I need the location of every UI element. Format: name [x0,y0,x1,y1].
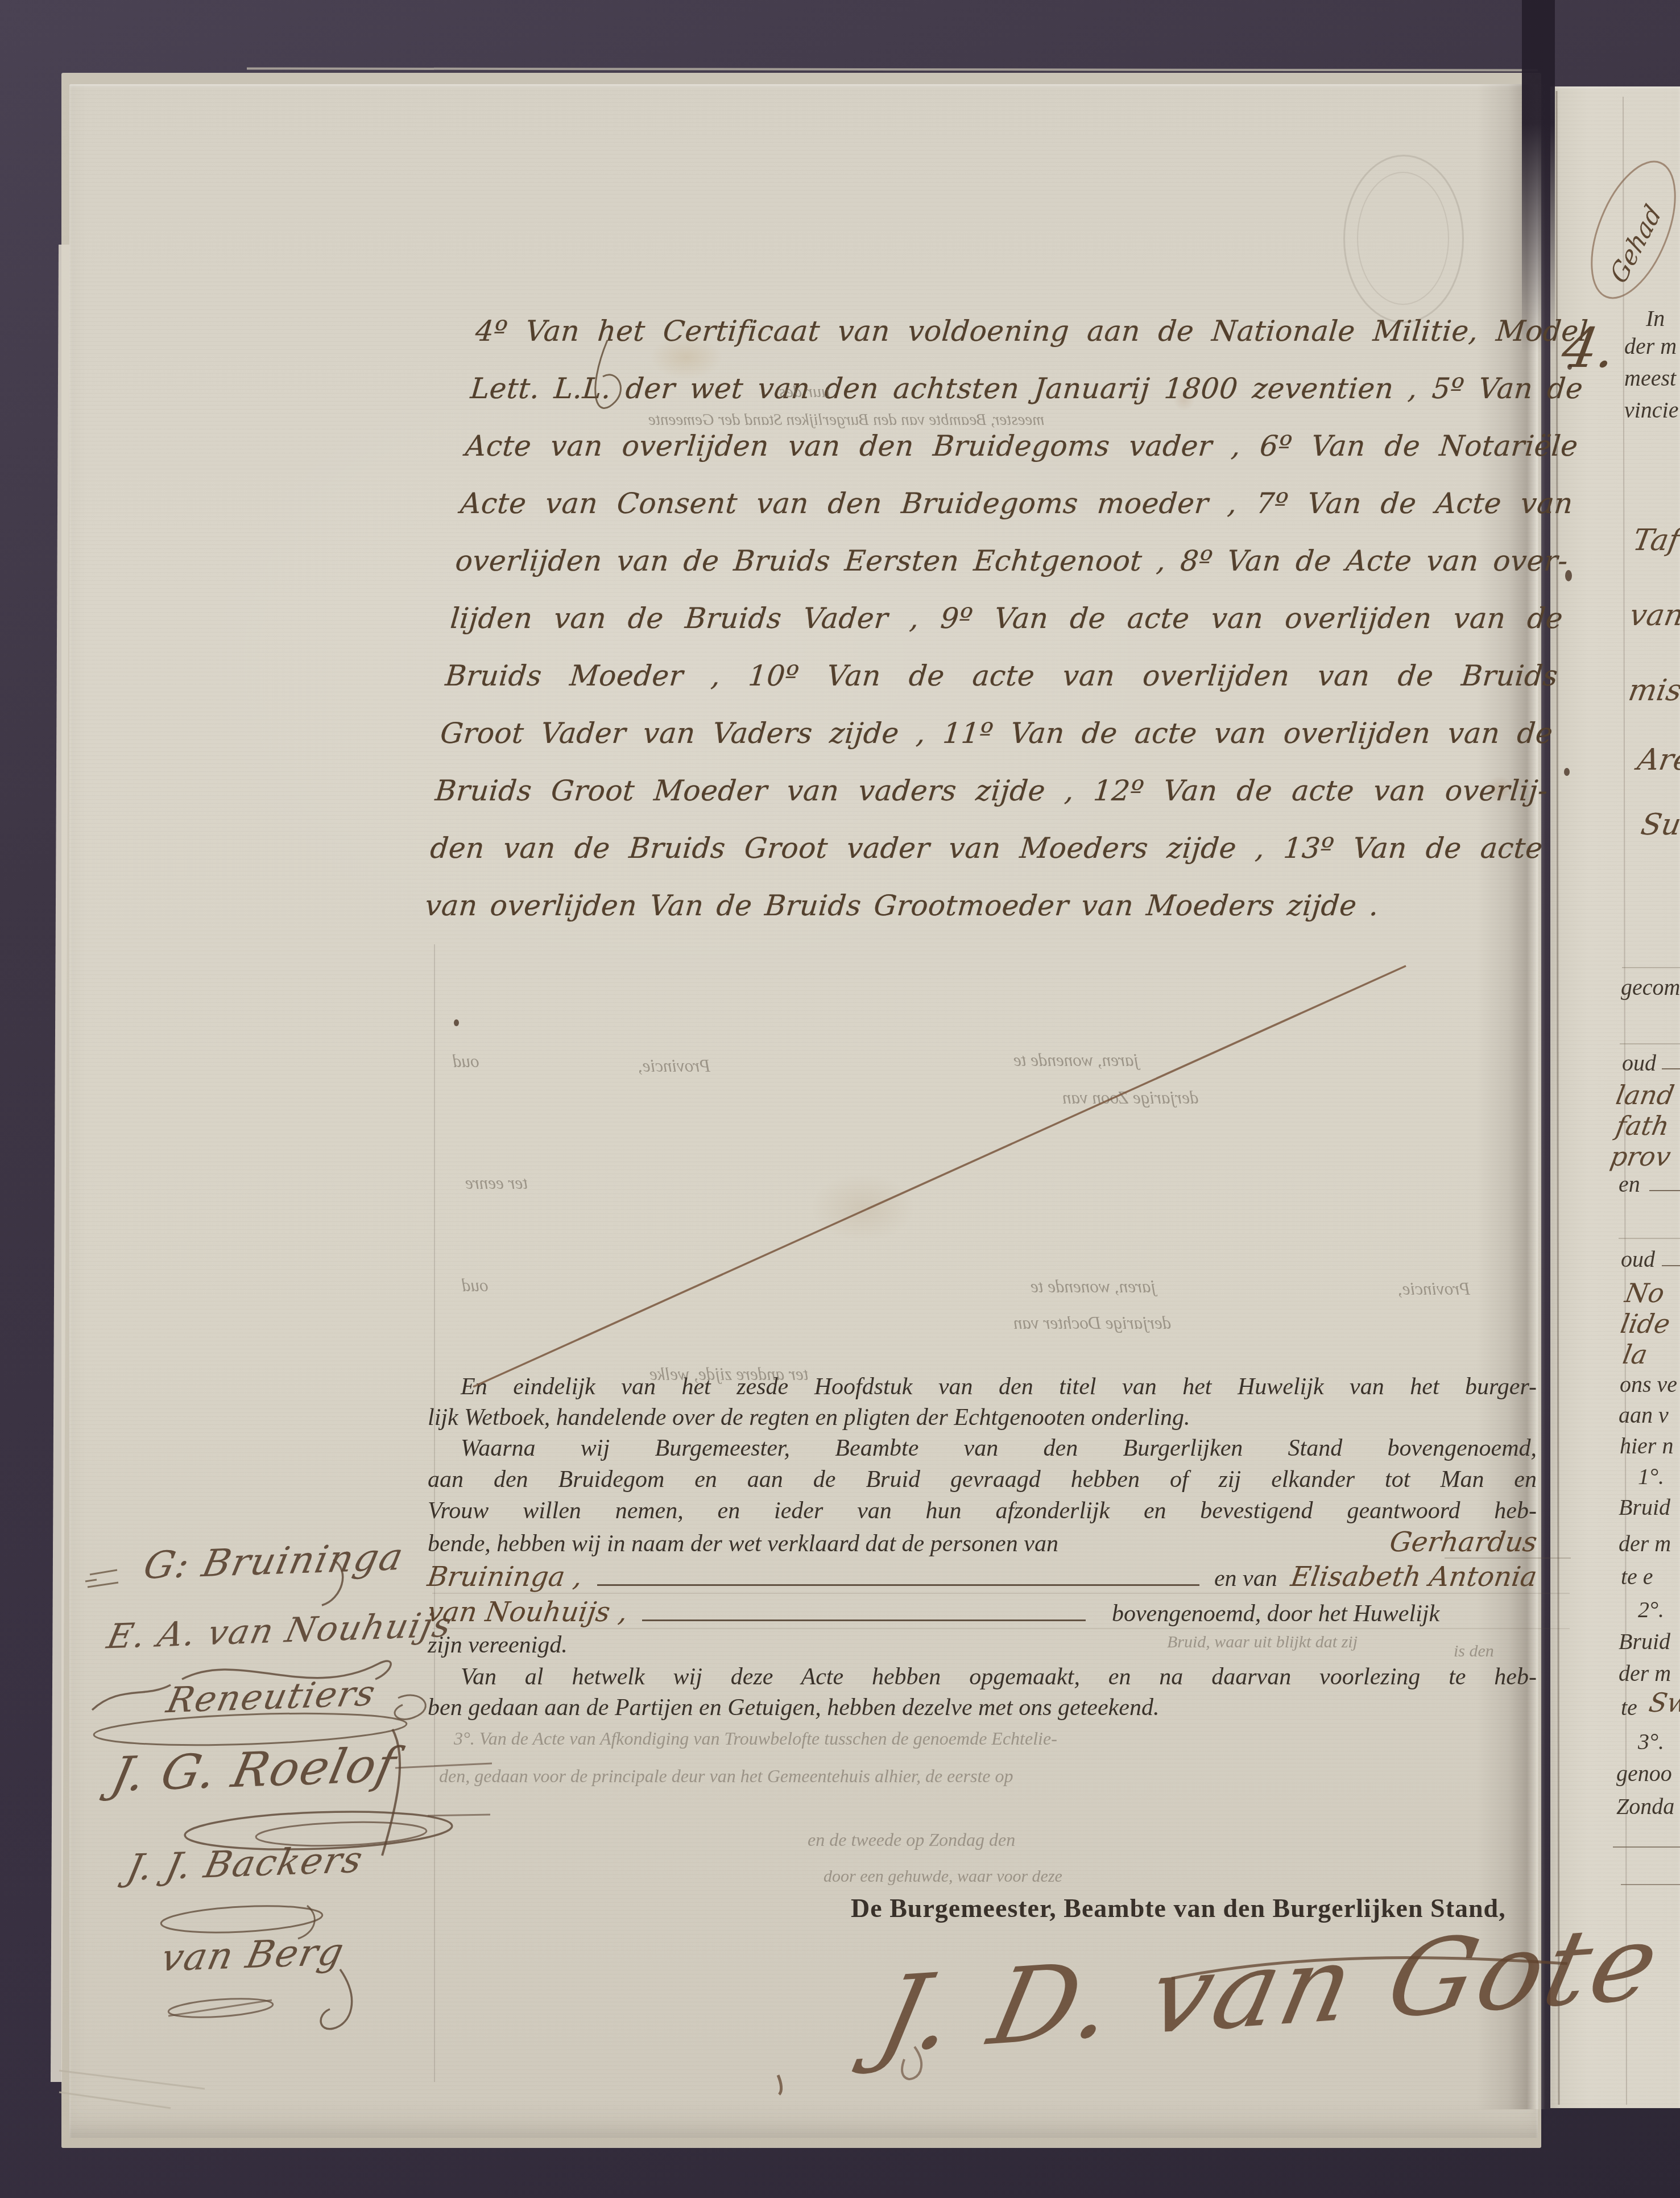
handwritten-fragment: prov [1608,1141,1673,1172]
ink-speck [1565,570,1572,581]
handwritten-line: van overlijden Van de Bruids Grootmoeder… [423,877,1540,935]
print-fragment: meest [1624,365,1676,391]
print-fragment: hier n [1620,1432,1673,1459]
print-line: Vrouw willen nemen, en ieder van hun afz… [428,1496,1537,1526]
print-fragment: Bruid [1619,1494,1670,1521]
embossed-seal-inner [1357,172,1449,305]
print-line-with-name: bende, hebben wij in naam der wet verkla… [428,1527,1537,1557]
print-fragment: aan v [1619,1402,1669,1428]
print-line: Van al hetwelk wij deze Acte hebben opge… [428,1662,1537,1692]
print-line: aan den Bruidegom en aan de Bruid gevraa… [428,1465,1537,1494]
groom-surname-handwritten: Bruininga , [425,1562,584,1592]
showthrough-text: derjarige Zoon van [1062,1088,1198,1108]
handwritten-fragment: Sw [1646,1687,1680,1718]
handwritten-fragment: lide [1618,1308,1673,1339]
print-fragment: ons ve [1620,1371,1677,1398]
blank-rule [1662,1265,1680,1266]
form-rule [432,1628,1570,1629]
handwritten-fragment: Are [1635,743,1680,777]
print-line: ben gedaan aan de Partijen en Getuigen, … [428,1693,1537,1722]
showthrough-text: uur des [779,382,830,402]
print-fragment: In [1646,305,1665,332]
margin-act-number: 4. [1557,316,1620,380]
handwritten-fragment: fath [1613,1110,1671,1141]
witness-signature: G: Bruininga [140,1535,408,1588]
handwritten-line: Bruids Groot Moeder van vaders zijde , 1… [433,762,1550,820]
showthrough-text: en de tweede op Zondag den [808,1829,1015,1850]
form-rule [1622,967,1680,968]
bride-first-name-handwritten: Elisabeth Antonia [1289,1562,1539,1592]
showthrough-text: 3°. Van de Acte van Afkondiging van Trou… [454,1728,1057,1749]
showthrough-text: den, gedaan voor de principale deur van … [439,1766,1013,1787]
print-fragment: en [1619,1171,1640,1197]
print-line: Waarna wij Burgemeester, Beambte van den… [428,1433,1537,1463]
print-fragment: te e [1621,1563,1653,1590]
witness-signature: Reneutiers [163,1672,380,1721]
print-fragment: Zonda [1616,1793,1674,1820]
witness-signature: J. G. Roelof [107,1737,402,1802]
print-fragment: Bruid [1619,1628,1670,1655]
print-fragment: 3°. [1638,1728,1664,1755]
showthrough-text: door een gehuwde, waar voor deze [824,1867,1062,1886]
handwritten-line: Acte van Consent van den Bruidegoms moed… [458,475,1575,532]
handwritten-paragraph: 4º Van het Certificaat van voldoening aa… [423,303,1590,935]
blank-rule [597,1564,1199,1586]
print-fragment: der m [1619,1660,1671,1687]
print-fragment: oud [1621,1246,1655,1272]
ink-dot [454,1019,459,1026]
handwritten-line: 4º Van het Certificaat van voldoening aa… [473,303,1591,360]
form-rule [432,1593,1570,1594]
handwritten-line: Groot Vader van Vaders zijde , 11º Van d… [438,705,1555,762]
print-fragment: vincie [1624,396,1679,423]
showthrough-text: Bruid, waar uit blijkt dat zij [1167,1633,1358,1652]
ink-speck [1564,768,1570,776]
bride-surname-handwritten: van Nouhuijs , [425,1597,629,1627]
print-line: zijn vereenigd. [428,1630,1537,1660]
print-fragment: gecom [1621,974,1680,1001]
handwritten-fragment: mis [1626,674,1680,708]
ink-speck [1567,364,1572,370]
print-fragment: 1°. [1638,1463,1664,1490]
handwritten-fragment: land [1613,1080,1677,1110]
showthrough-text: oud [462,1275,489,1296]
print-line: lijk Wetboek, handelende over de regten … [428,1403,1537,1432]
showthrough-text: ter eenre [465,1173,528,1193]
handwritten-fragment: Sui [1638,808,1680,842]
name-line-groom: Bruininga , en van Elisabeth Antonia [428,1562,1537,1592]
groom-first-name-handwritten: Gerhardus [1388,1527,1539,1557]
form-rule [1445,1557,1571,1559]
showthrough-text: jaren, wonende te [1013,1050,1139,1071]
print-fragment: 2°. [1638,1596,1664,1623]
print-fragment: bende, hebben wij in naam der wet verkla… [428,1529,1058,1559]
handwritten-line: den van de Bruids Groot vader van Moeder… [428,820,1545,877]
handwritten-line: lijden van de Bruids Vader , 9º Van de a… [448,590,1566,647]
top-sheet-edge [247,67,1538,71]
blank-rule [1649,1190,1680,1191]
print-fragment: bovengenoemd, door het Huwelijk [1112,1599,1439,1629]
blank-rule [1662,1068,1680,1069]
print-fragment: genoo [1616,1760,1672,1787]
witness-signature: J. J. Backers [123,1839,367,1889]
handwritten-line: overlijden van de Bruids Eersten Echtgen… [453,532,1570,590]
archival-scan: 4º Van het Certificaat van voldoening aa… [0,0,1680,2198]
showthrough-text: oud [453,1051,479,1072]
print-fragment: te [1621,1694,1637,1721]
showthrough-text: jaren, wonende te [1031,1276,1156,1297]
form-rule [1619,1238,1680,1239]
name-line-bride: van Nouhuijs , bovengenoemd, door het Hu… [428,1597,1537,1627]
handwritten-line: Lett. L.L. der wet van den achtsten Janu… [468,360,1586,418]
handwritten-fragment: van [1627,598,1680,633]
showthrough-text: Provincie, [1398,1279,1470,1299]
print-fragment: en van [1214,1564,1277,1593]
showthrough-text: is den [1454,1642,1494,1661]
gutter-gap [1522,0,1555,353]
blank-rule [642,1599,1086,1621]
showthrough-text: derjarige Dochter van [1013,1313,1171,1333]
form-rule [1613,1846,1680,1848]
print-line: En eindelijk van het zesde Hoofdstuk van… [428,1372,1537,1402]
showthrough-text: meester, Beambte van den Burgerlijken St… [648,411,1044,429]
print-fragment: der m [1624,333,1677,360]
handwritten-fragment: Taf [1631,523,1680,557]
form-rule [1621,1884,1680,1885]
handwritten-fragment: No [1623,1278,1666,1308]
form-rule [1620,1043,1680,1044]
witness-signature: van Berg [157,1930,349,1980]
print-fragment: der m [1619,1530,1671,1557]
showthrough-text: Provincie, [638,1056,710,1076]
print-fragment: oud [1622,1050,1656,1076]
handwritten-line: Bruids Moeder , 10º Van de acte van over… [443,647,1561,705]
